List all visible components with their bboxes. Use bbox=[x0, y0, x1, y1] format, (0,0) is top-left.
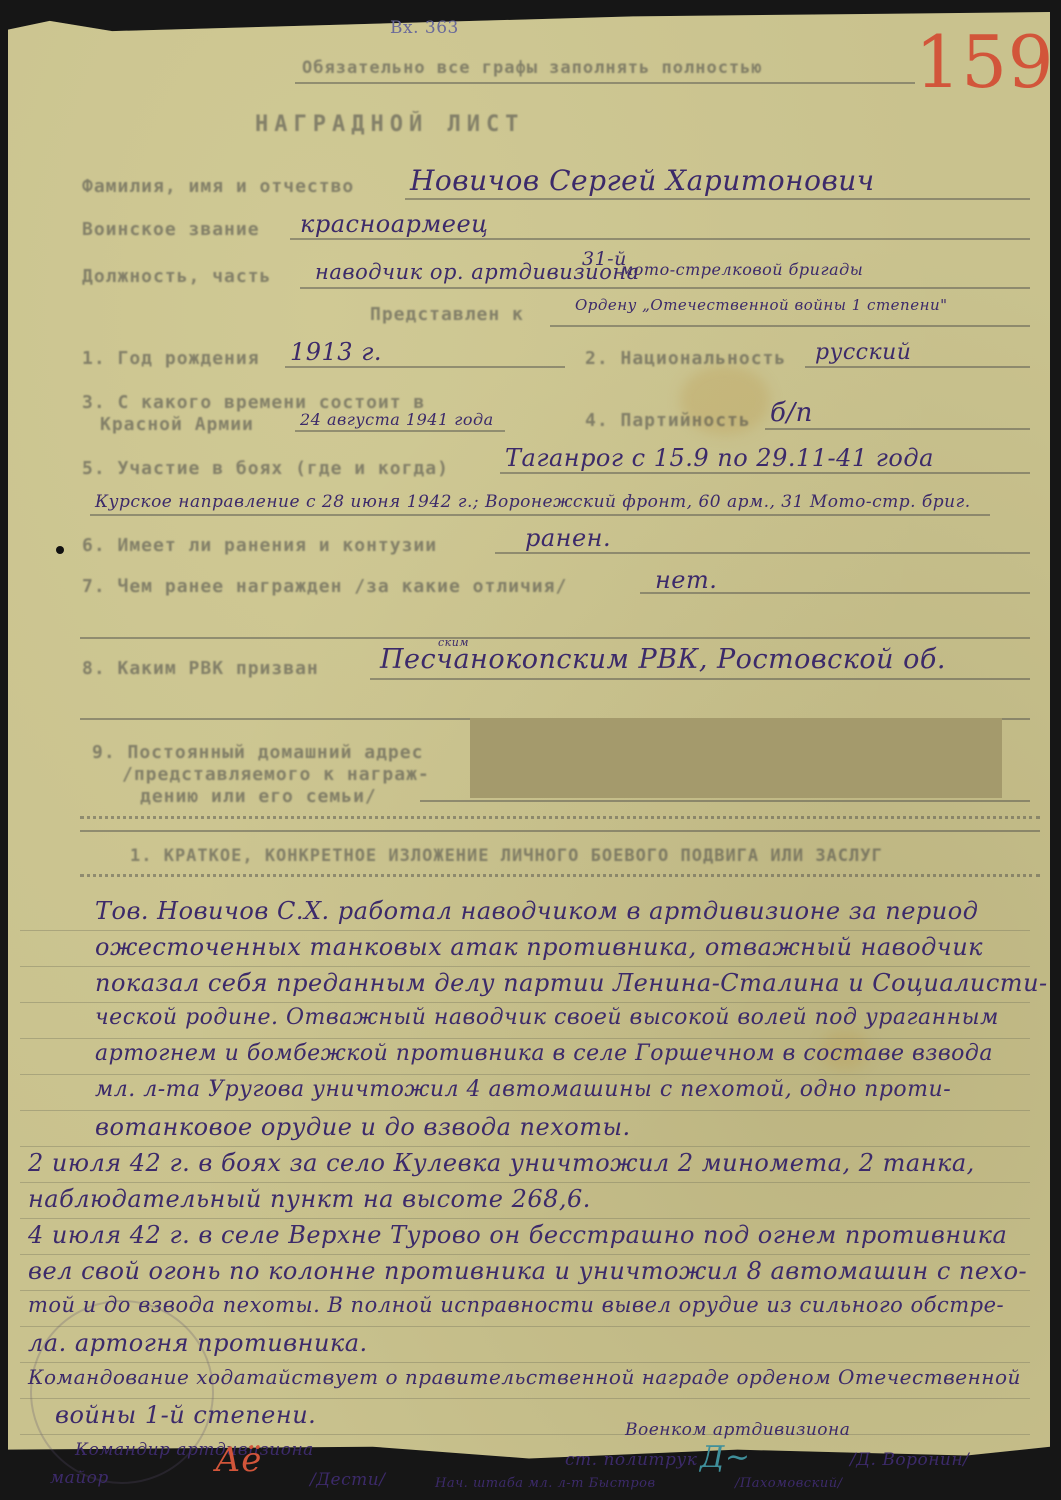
field-value-service-since: 24 августа 1941 года bbox=[300, 410, 494, 429]
narrative-line: наблюдательный пункт на высоте 268,6. bbox=[28, 1185, 591, 1213]
field-line bbox=[300, 287, 1030, 289]
field-value-battles-2: Курское направление с 28 июня 1942 г.; В… bbox=[95, 492, 971, 512]
field-line bbox=[495, 552, 1030, 554]
narrative-line: той и до взвода пехоты. В полной исправн… bbox=[28, 1293, 1004, 1317]
page-number: 159 bbox=[915, 20, 1054, 104]
field-label-nominated: Представлен к bbox=[370, 304, 524, 325]
ruled-line bbox=[20, 1146, 1030, 1147]
ruled-line bbox=[20, 1110, 1030, 1111]
ruled-line bbox=[20, 1326, 1030, 1327]
instruction-text: Обязательно все графы заполнять полность… bbox=[302, 58, 763, 78]
field-label-wounds: 6. Имеет ли ранения и контузии bbox=[82, 535, 437, 556]
dotted-separator bbox=[80, 874, 1040, 877]
field-line bbox=[550, 325, 1030, 327]
redacted-address bbox=[470, 718, 1002, 798]
punch-hole bbox=[56, 546, 64, 554]
ruled-line bbox=[20, 1254, 1030, 1255]
field-label-drafted-by: 8. Каким РВК призван bbox=[82, 658, 319, 679]
field-value-rank: красноармеец bbox=[300, 210, 488, 238]
narrative-line: ла. артогня противника. bbox=[28, 1329, 368, 1357]
field-line bbox=[500, 472, 1030, 474]
field-label-address-1: 9. Постоянный домашний адрес bbox=[92, 742, 423, 763]
field-value-battles-1: Таганрог с 15.9 по 29.11-41 года bbox=[505, 444, 934, 472]
narrative-line: ческой родине. Отважный наводчик своей в… bbox=[95, 1005, 999, 1030]
ruled-line bbox=[20, 1434, 1030, 1435]
field-line bbox=[805, 366, 1030, 368]
signature-right-blue: Д∼ bbox=[700, 1440, 751, 1475]
field-label-battles: 5. Участие в боях (где и когда) bbox=[82, 458, 449, 479]
field-label-address-3: дению или его семьи/ bbox=[140, 786, 377, 807]
archive-reference: Вх. 363 bbox=[390, 18, 459, 38]
field-line bbox=[640, 592, 1030, 594]
field-value-wounds: ранен. bbox=[525, 524, 611, 552]
signature-right-rank: ст. политрук bbox=[565, 1450, 697, 1470]
dotted-separator bbox=[80, 816, 1040, 819]
field-line bbox=[290, 238, 1030, 240]
narrative-line: ожесточенных танковых атак противника, о… bbox=[95, 933, 983, 961]
field-label-service-since-2: Красной Армии bbox=[100, 414, 254, 435]
narrative-line: Тов. Новичов С.Х. работал наводчиком в а… bbox=[95, 897, 978, 925]
ruled-line bbox=[20, 1218, 1030, 1219]
field-label-nationality: 2. Национальность bbox=[585, 348, 786, 369]
field-value-name: Новичов Сергей Харитонович bbox=[410, 164, 875, 197]
signature-left-red: Аё bbox=[215, 1440, 262, 1480]
field-line bbox=[285, 366, 565, 368]
field-line bbox=[420, 800, 1030, 802]
field-line bbox=[80, 637, 1030, 639]
field-line bbox=[90, 514, 990, 516]
field-label-birth-year: 1. Год рождения bbox=[82, 348, 260, 369]
field-value-prior-awards: нет. bbox=[655, 566, 717, 594]
ruled-line bbox=[20, 930, 1030, 931]
narrative-line: Командование ходатайствует о правительст… bbox=[28, 1365, 1021, 1389]
section-heading: 1. КРАТКОЕ, КОНКРЕТНОЕ ИЗЛОЖЕНИЕ ЛИЧНОГО… bbox=[130, 846, 883, 866]
field-line bbox=[370, 678, 1030, 680]
field-value-party: б/п bbox=[770, 398, 813, 428]
narrative-line: вел свой огонь по колонне противника и у… bbox=[28, 1257, 1027, 1285]
signature-right-name: /Д. Воронин/ bbox=[850, 1450, 969, 1470]
ruled-line bbox=[20, 1182, 1030, 1183]
signature-left-name: /Дести/ bbox=[310, 1470, 385, 1490]
ruled-line bbox=[20, 1074, 1030, 1075]
ruled-line bbox=[20, 1002, 1030, 1003]
narrative-line: вотанковое орудие и до взвода пехоты. bbox=[95, 1113, 631, 1141]
field-line bbox=[80, 830, 1040, 832]
field-value-birth-year: 1913 г. bbox=[290, 338, 382, 366]
narrative-line: 4 июля 42 г. в селе Верхне Турово он бес… bbox=[28, 1221, 1007, 1249]
field-label-prior-awards: 7. Чем ранее награжден /за какие отличия… bbox=[82, 576, 567, 597]
ruled-line bbox=[20, 1362, 1030, 1363]
field-label-position: Должность, часть bbox=[82, 266, 271, 287]
signature-chief-staff-name: /Пахомовский/ bbox=[735, 1476, 842, 1491]
narrative-line: мл. л-та Уругова уничтожил 4 автомашины … bbox=[95, 1077, 951, 1102]
field-line bbox=[765, 428, 1030, 430]
signature-chief-staff: Нач. штаба мл. л-т Быстров bbox=[435, 1476, 656, 1491]
ruled-line bbox=[20, 1290, 1030, 1291]
field-label-name: Фамилия, имя и отчество bbox=[82, 176, 354, 197]
field-line bbox=[295, 430, 505, 432]
narrative-line: войны 1-й степени. bbox=[55, 1401, 316, 1429]
signature-right-title: Военком артдивизиона bbox=[625, 1420, 850, 1440]
document-title: НАГРАДНОЙ ЛИСТ bbox=[255, 112, 524, 137]
narrative-line: артогнем и бомбежкой противника в селе Г… bbox=[95, 1041, 993, 1066]
instruction-underline bbox=[295, 82, 915, 84]
ruled-line bbox=[20, 1038, 1030, 1039]
field-label-address-2: /представляемого к награж- bbox=[122, 764, 430, 785]
field-label-rank: Воинское звание bbox=[82, 219, 260, 240]
field-line bbox=[405, 198, 1030, 200]
signature-left-title: Командир артдивизиона bbox=[75, 1440, 314, 1460]
narrative-line: показал себя преданным делу партии Ленин… bbox=[95, 969, 1048, 997]
ruled-line bbox=[20, 1398, 1030, 1399]
narrative-line: 2 июля 42 г. в боях за село Кулевка унич… bbox=[28, 1149, 975, 1177]
ruled-line bbox=[20, 966, 1030, 967]
field-value-nominated: Ордену „Отечественной войны 1 степени" bbox=[575, 296, 948, 314]
field-value-drafted-by: Песчанокопским РВК, Ростовской об. bbox=[380, 644, 946, 675]
field-value-nationality: русский bbox=[815, 340, 911, 365]
field-label-party: 4. Партийность bbox=[585, 410, 751, 431]
field-value-unit: мото-стрелковой бригады bbox=[620, 260, 863, 279]
signature-left-rank: майор bbox=[50, 1468, 109, 1488]
